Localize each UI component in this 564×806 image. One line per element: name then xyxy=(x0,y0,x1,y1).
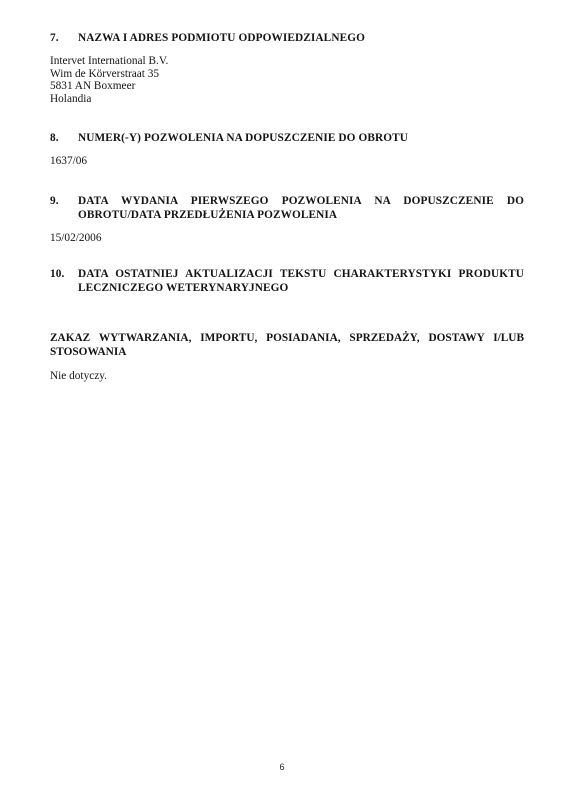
document-page: 7. NAZWA I ADRES PODMIOTU ODPOWIEDZIALNE… xyxy=(0,0,564,806)
section-number: 8. xyxy=(50,131,78,145)
section-title: DATA OSTATNIEJ AKTUALIZACJI TEKSTU CHARA… xyxy=(78,267,524,295)
section-7-body: Intervet International B.V. Wim de Körve… xyxy=(50,55,168,105)
section-7-heading: 7. NAZWA I ADRES PODMIOTU ODPOWIEDZIALNE… xyxy=(50,31,524,45)
authorization-number: 1637/06 xyxy=(50,155,87,168)
address-country: Holandia xyxy=(50,93,168,106)
company-name: Intervet International B.V. xyxy=(50,55,168,68)
page-number: 6 xyxy=(0,762,564,772)
section-title: DATA WYDANIA PIERWSZEGO POZWOLENIA NA DO… xyxy=(78,194,524,222)
section-number: 9. xyxy=(50,194,78,208)
section-number: 7. xyxy=(50,31,78,45)
authorization-date: 15/02/2006 xyxy=(50,232,101,245)
section-title: NAZWA I ADRES PODMIOTU ODPOWIEDZIALNEGO xyxy=(78,31,524,45)
prohibition-text: Nie dotyczy. xyxy=(50,370,107,383)
section-number: 10. xyxy=(50,267,78,281)
section-8-body: 1637/06 xyxy=(50,155,87,168)
prohibition-heading: ZAKAZ WYTWARZANIA, IMPORTU, POSIADANIA, … xyxy=(50,331,524,359)
section-10-heading: 10. DATA OSTATNIEJ AKTUALIZACJI TEKSTU C… xyxy=(50,267,524,295)
address-city: 5831 AN Boxmeer xyxy=(50,80,168,93)
section-9-heading: 9. DATA WYDANIA PIERWSZEGO POZWOLENIA NA… xyxy=(50,194,524,222)
prohibition-body: Nie dotyczy. xyxy=(50,370,107,383)
section-title: NUMER(-Y) POZWOLENIA NA DOPUSZCZENIE DO … xyxy=(78,131,524,145)
section-9-body: 15/02/2006 xyxy=(50,232,101,245)
address-street: Wim de Körverstraat 35 xyxy=(50,68,168,81)
section-8-heading: 8. NUMER(-Y) POZWOLENIA NA DOPUSZCZENIE … xyxy=(50,131,524,145)
